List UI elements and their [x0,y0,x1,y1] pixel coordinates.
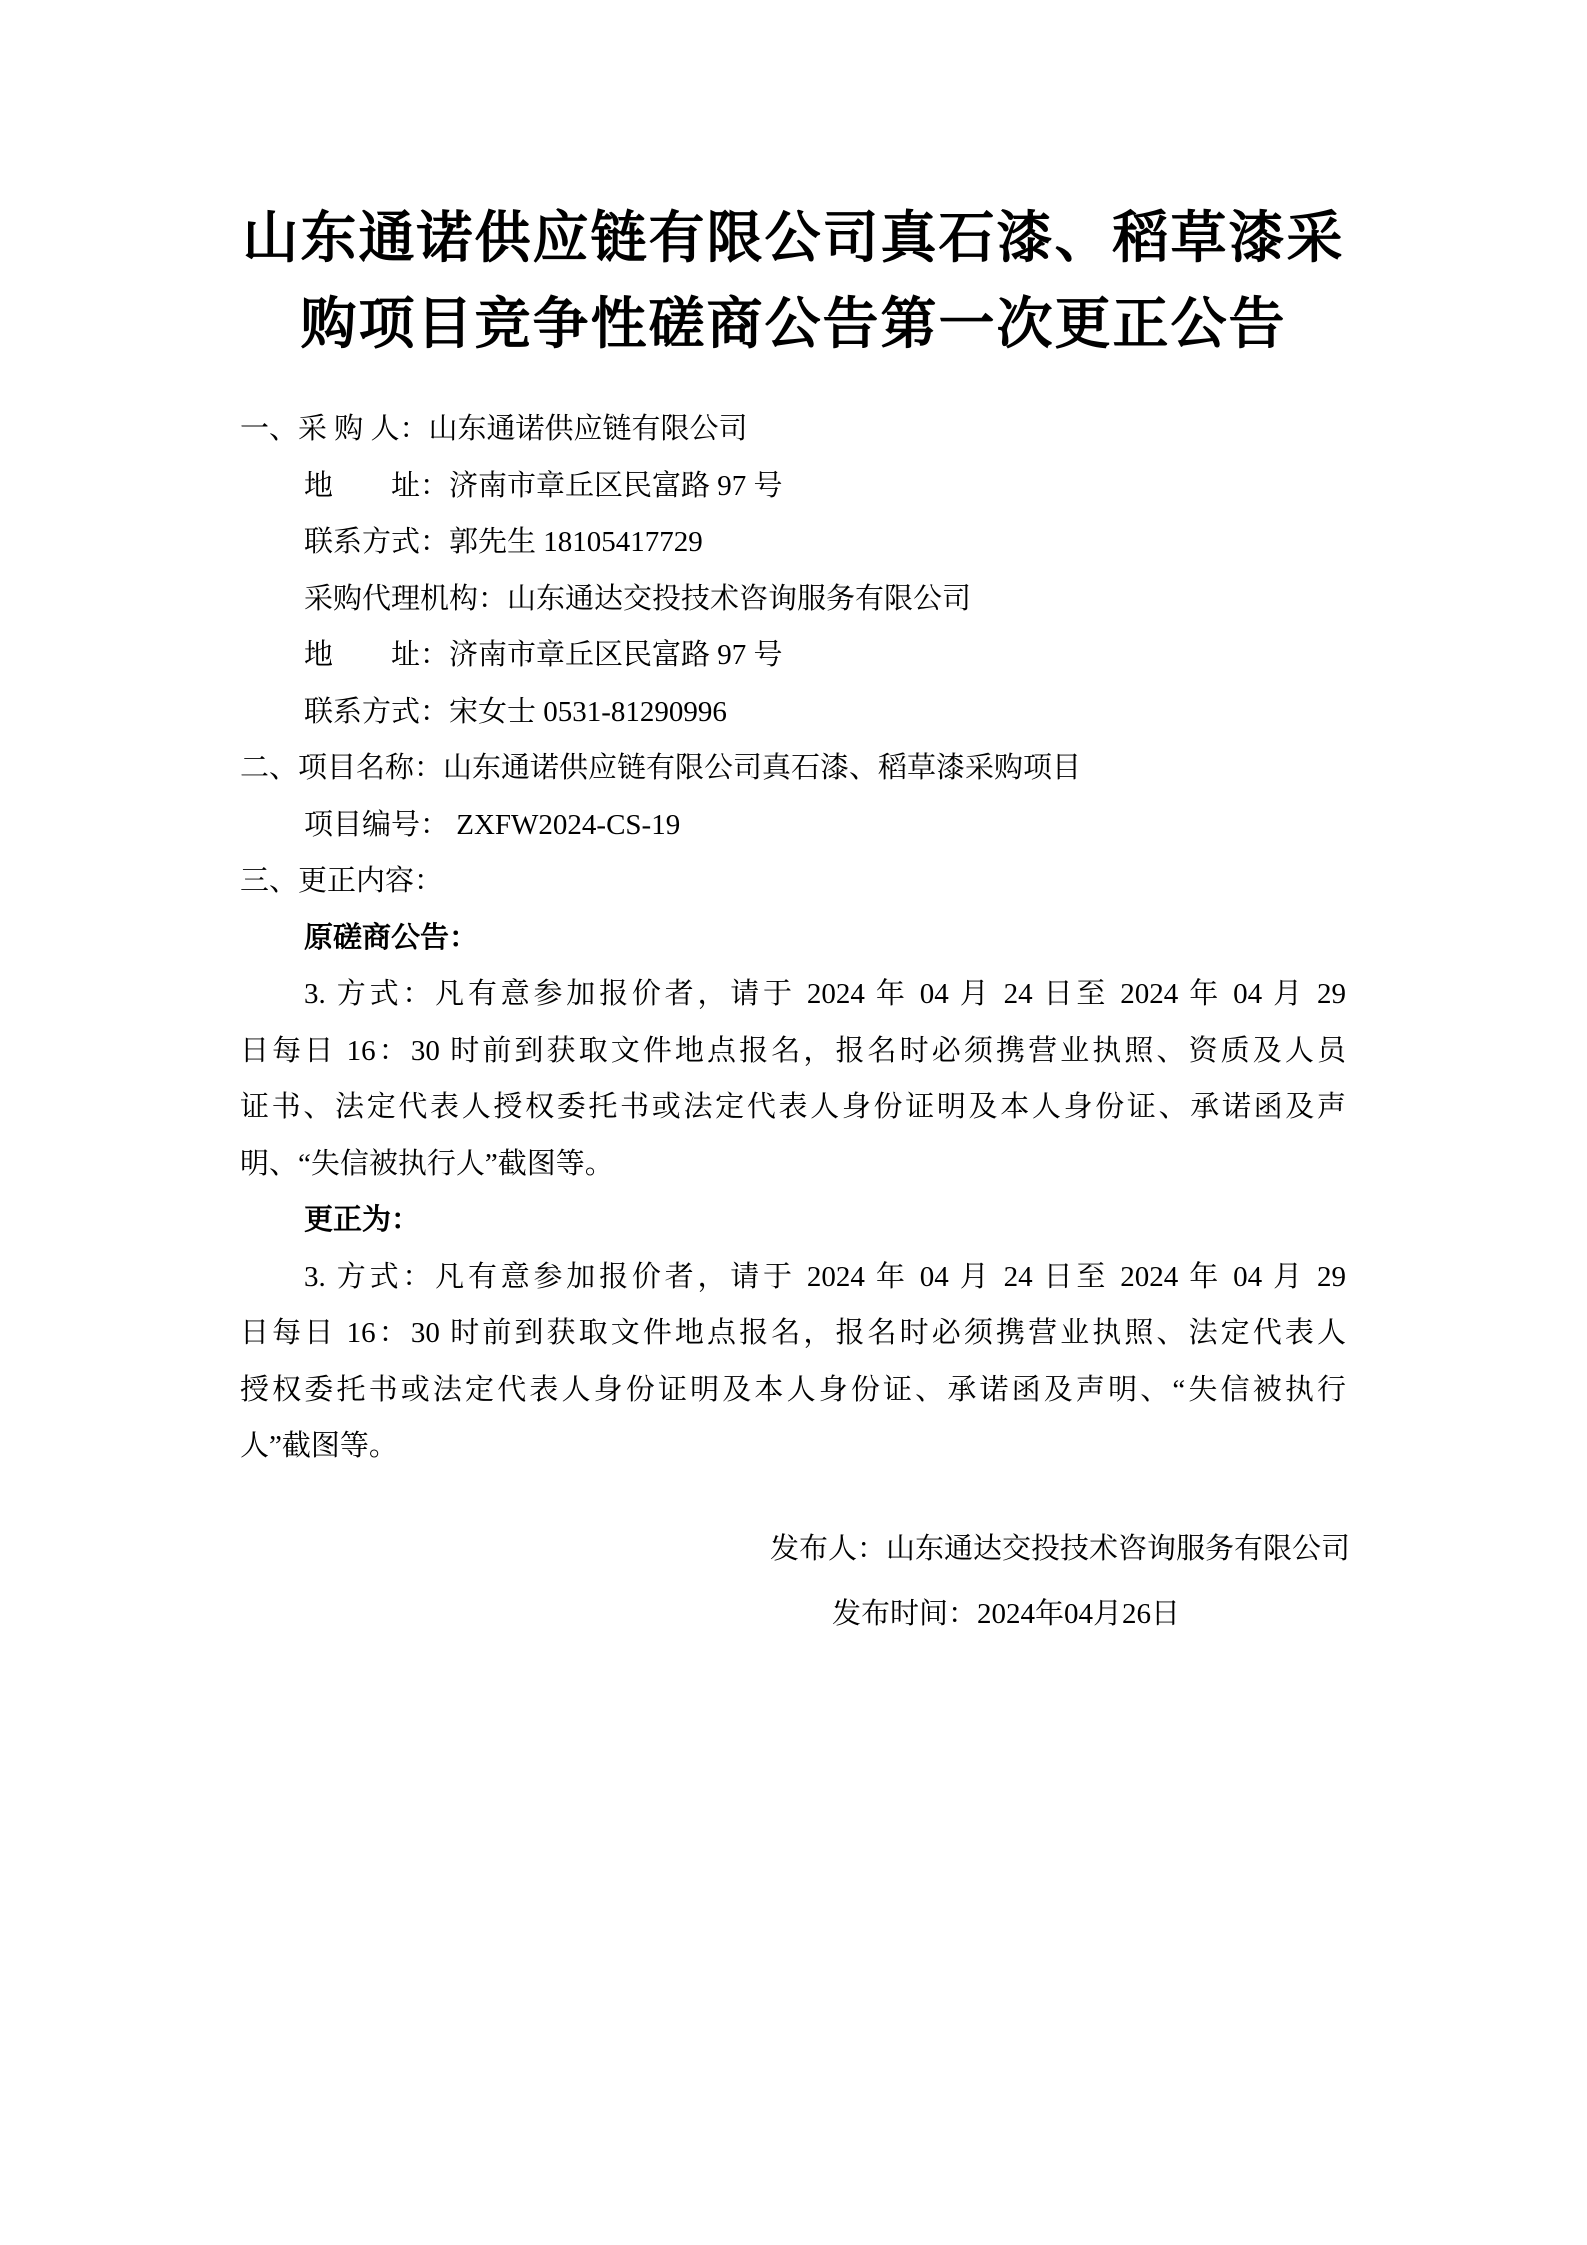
line-corrected-1: 3. 方式：凡有意参加报价者，请于 2024 年 04 月 24 日至 2024… [240,1249,1346,1306]
line-project-name: 二、项目名称：山东通诺供应链有限公司真石漆、稻草漆采购项目 [240,740,1346,797]
line-purchaser-contact: 联系方式：郭先生 18105417729 [240,514,1346,571]
line-original-heading: 原磋商公告： [240,910,1346,967]
document-page: 山东通诺供应链有限公司真石漆、稻草漆采 购项目竞争性磋商公告第一次更正公告 一、… [0,0,1587,2245]
document-body: 一、采 购 人：山东通诺供应链有限公司 地 址：济南市章丘区民富路 97 号 联… [240,401,1346,1475]
line-correction-heading: 三、更正内容： [240,853,1346,910]
publish-date-line: 发布时间：2024年04月26日 [832,1586,1180,1642]
line-agency: 采购代理机构：山东通达交投技术咨询服务有限公司 [240,571,1346,628]
line-corrected-heading: 更正为： [240,1192,1346,1249]
line-original-4: 明、“失信被执行人”截图等。 [240,1136,1346,1193]
line-agency-contact: 联系方式：宋女士 0531-81290996 [240,684,1346,741]
line-project-number: 项目编号： ZXFW2024-CS-19 [240,797,1346,854]
line-purchaser-address: 地 址：济南市章丘区民富路 97 号 [240,458,1346,515]
document-title-line1: 山东通诺供应链有限公司真石漆、稻草漆采 [0,196,1587,282]
document-title-line2: 购项目竞争性磋商公告第一次更正公告 [0,282,1587,368]
line-agency-address: 地 址：济南市章丘区民富路 97 号 [240,627,1346,684]
document-title: 山东通诺供应链有限公司真石漆、稻草漆采 购项目竞争性磋商公告第一次更正公告 [0,196,1587,368]
line-original-1: 3. 方式：凡有意参加报价者，请于 2024 年 04 月 24 日至 2024… [240,966,1346,1023]
line-corrected-2: 日每日 16：30 时前到获取文件地点报名，报名时必须携营业执照、法定代表人 [240,1305,1346,1362]
line-purchaser: 一、采 购 人：山东通诺供应链有限公司 [240,401,1346,458]
publisher-line: 发布人：山东通达交投技术咨询服务有限公司 [770,1521,1350,1577]
line-corrected-4: 人”截图等。 [240,1418,1346,1475]
line-corrected-3: 授权委托书或法定代表人身份证明及本人身份证、承诺函及声明、“失信被执行 [240,1362,1346,1419]
line-original-3: 证书、法定代表人授权委托书或法定代表人身份证明及本人身份证、承诺函及声 [240,1079,1346,1136]
line-original-2: 日每日 16：30 时前到获取文件地点报名，报名时必须携营业执照、资质及人员 [240,1023,1346,1080]
